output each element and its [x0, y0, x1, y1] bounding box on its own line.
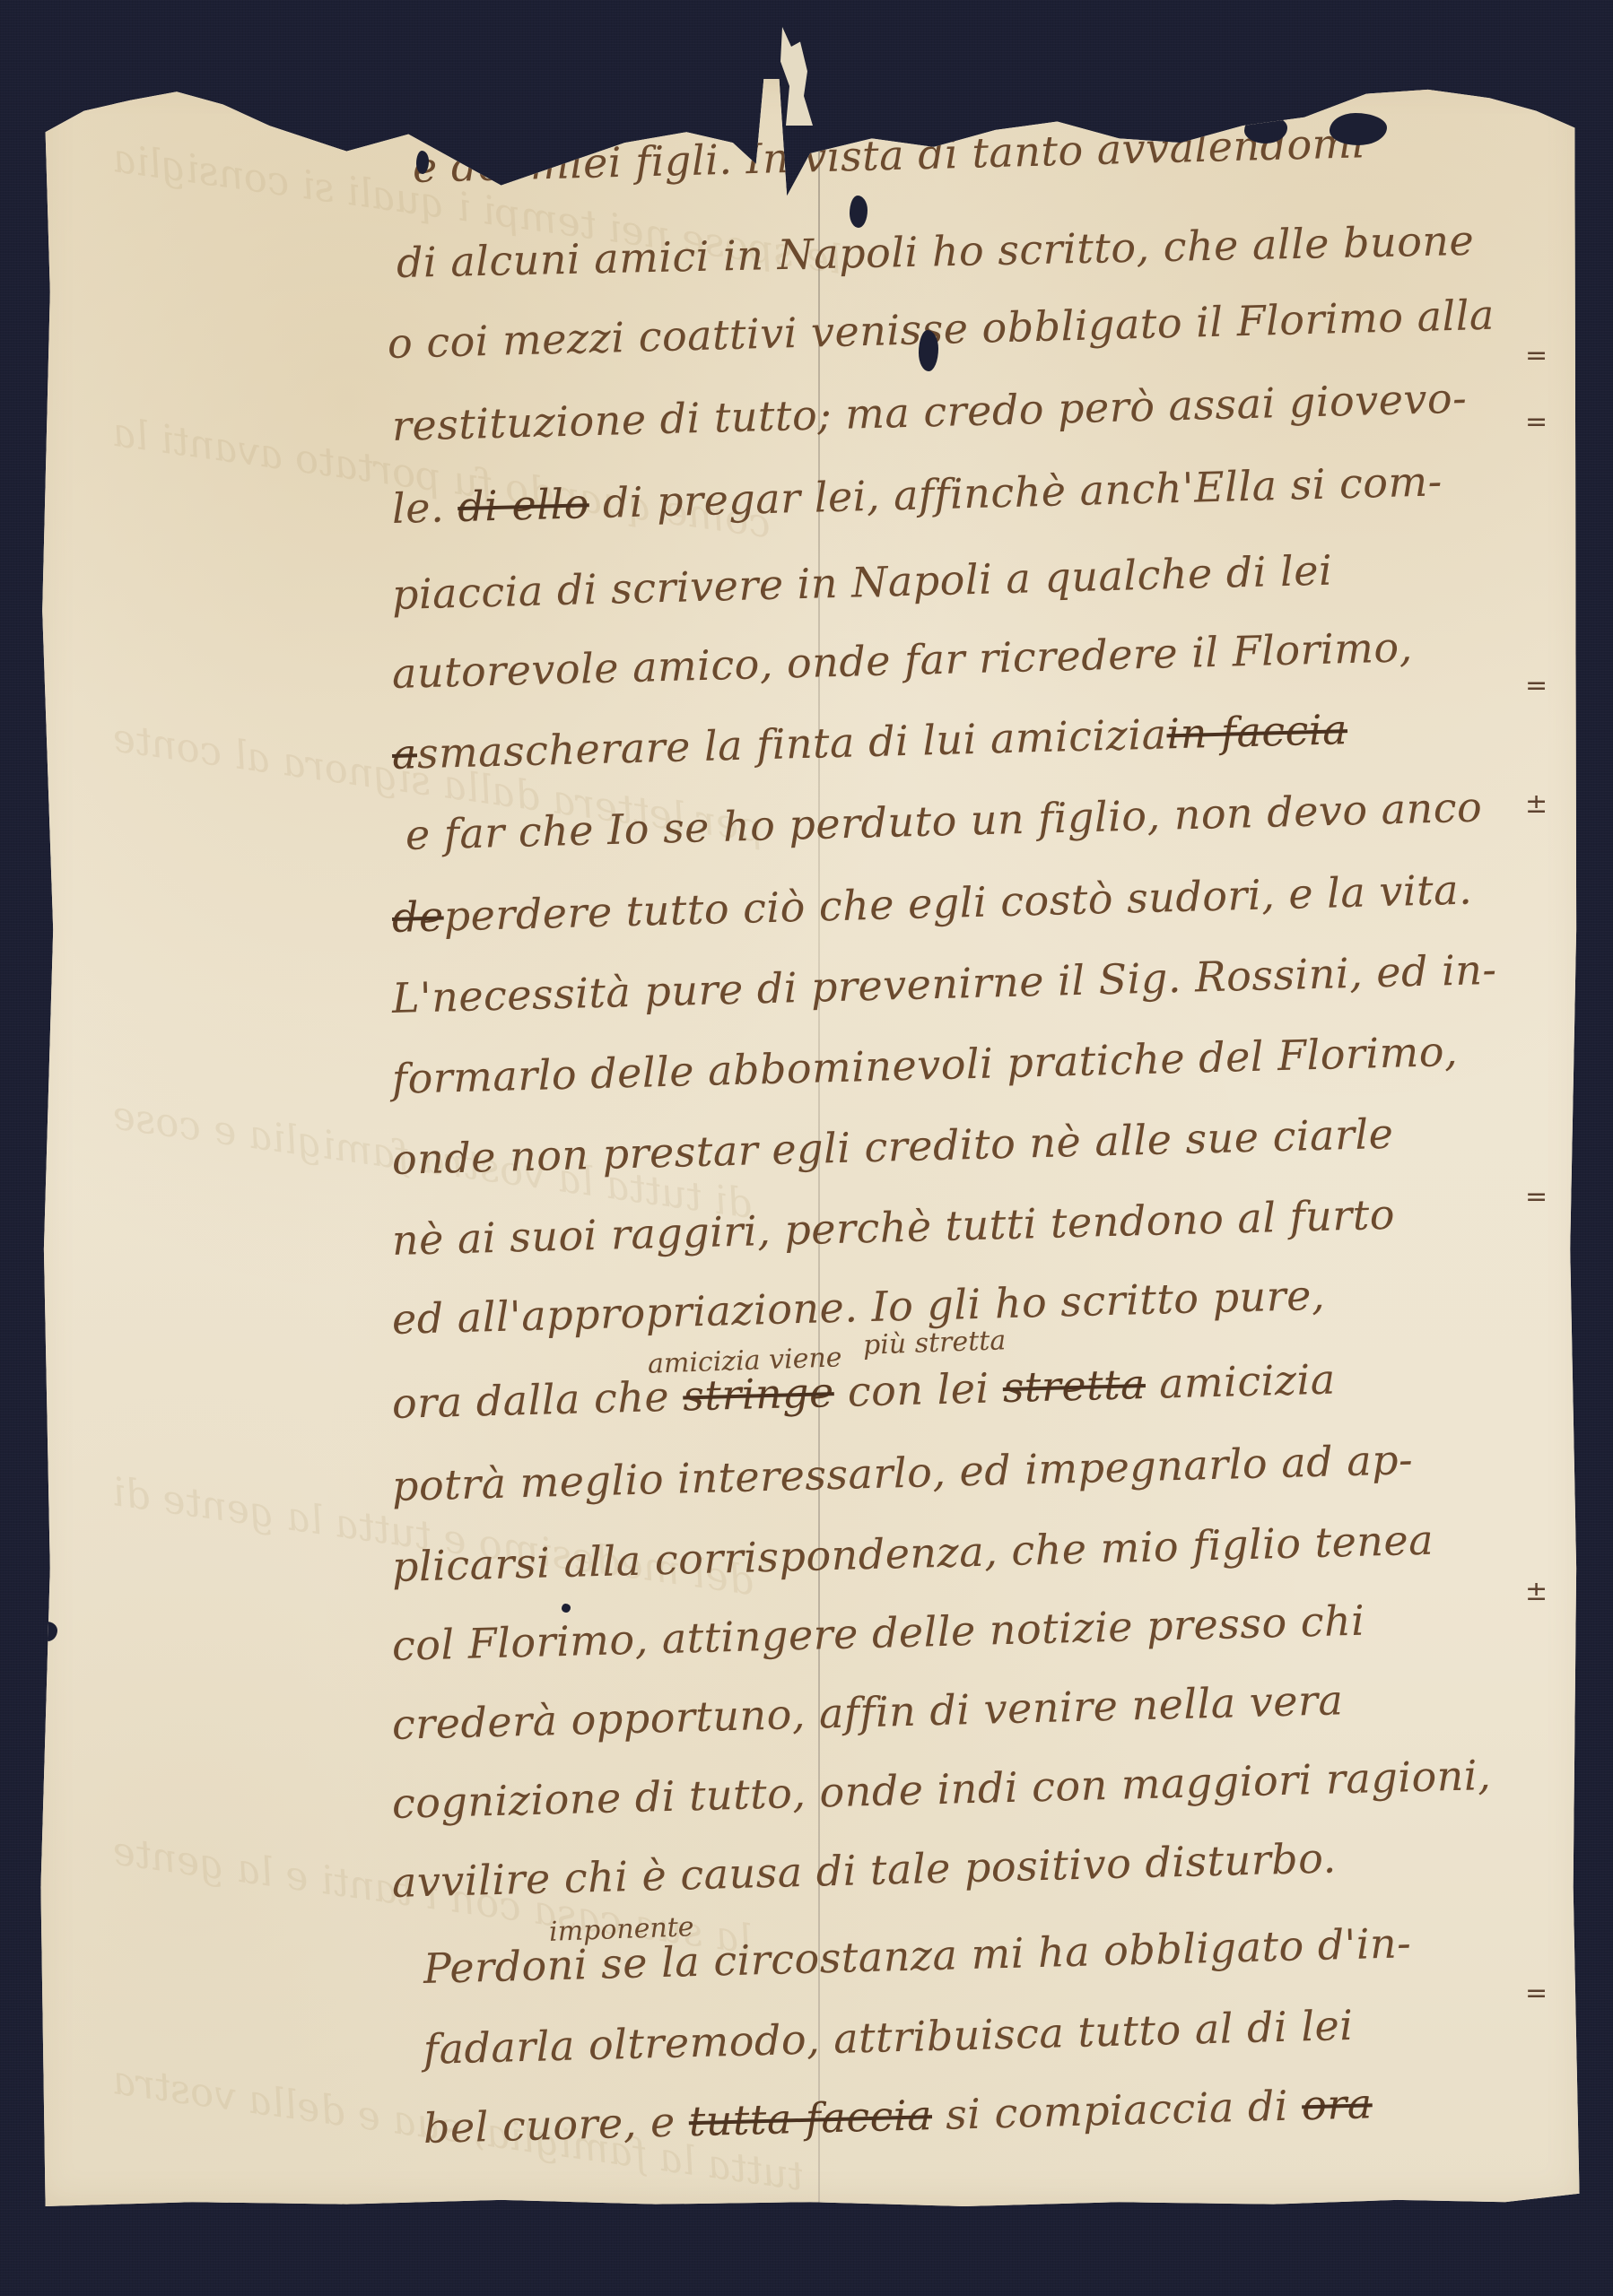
letter-line: restituzione di tutto; ma credo però ass… [391, 374, 1467, 450]
struck-word: stretta [1002, 1360, 1147, 1412]
letter-line: col Florimo, attingere delle notizie pre… [391, 1596, 1365, 1670]
letter-line: di alcuni amici in Napoli ho scritto, ch… [396, 216, 1474, 287]
struck-word: ora [1301, 2079, 1373, 2129]
margin-mark: ± [1525, 791, 1548, 818]
interlinear-insertion: più stretta [862, 1325, 1006, 1361]
struck-word: de [391, 891, 444, 941]
letter-line: asmascherare la finta di lui amiciziain … [391, 705, 1347, 778]
line-text-rest: di pregar lei, affinchè anch'Ella si com… [589, 457, 1443, 527]
letter-line: nè ai suoi raggiri, perchè tutti tendono… [391, 1190, 1395, 1265]
letter-line: ed all'appropriazione. Io gli ho scritto… [391, 1271, 1325, 1344]
margin-mark: = [1525, 409, 1548, 436]
letter-line: onde non prestar egli credito nè alle su… [391, 1109, 1394, 1184]
line-text: perdere tutto ciò che egli costò sudori,… [443, 865, 1473, 940]
margin-mark: = [1525, 1184, 1548, 1211]
letter-body: e dei miei figli. In vista di tanto avva… [38, 79, 1582, 2206]
line-text-mid: con lei [833, 1363, 1003, 1416]
struck-word: in faccia [1166, 705, 1348, 758]
struck-word: tutta faccia [688, 2091, 933, 2145]
margin-mark: = [1525, 343, 1548, 370]
line-text: smascherare la finta di lui amicizia [416, 709, 1167, 778]
letter-line: cognizione di tutto, onde indi con maggi… [391, 1751, 1491, 1828]
line-text-end: si compiaccia di [931, 2081, 1303, 2139]
letter-line: fadarla oltremodo, attribuisca tutto al … [423, 2001, 1354, 2074]
letter-line: o coi mezzi coattivi venisse obbligato i… [387, 291, 1495, 368]
letter-line: formarlo delle abbominevoli pratiche del… [391, 1027, 1458, 1103]
letter-line: potrà meglio interessarlo, ed impegnarlo… [391, 1435, 1413, 1510]
letter-line: piaccia di scrivere in Napoli a qualche … [391, 546, 1333, 619]
line-text-start: bel cuore, e [423, 2097, 689, 2152]
letter-line: ora dalla che stringe con lei stretta am… [391, 1354, 1336, 1428]
letter-line: L'necessità pure di prevenirne il Sig. R… [391, 945, 1497, 1022]
letter-line: avvilire chi è causa di tale positivo di… [391, 1833, 1337, 1907]
line-text-start: ora dalla che [391, 1372, 684, 1428]
letter-line: crederà opportuno, affin di venire nella… [391, 1675, 1344, 1749]
letter-line: bel cuore, e tutta faccia si compiaccia … [423, 2079, 1373, 2152]
margin-mark: = [1525, 673, 1548, 700]
line-text-end: amicizia [1145, 1354, 1336, 1408]
letter-line: autorevole amico, onde far ricredere il … [391, 622, 1413, 698]
letter-line: e far che Io se ho perduto un figlio, no… [405, 783, 1483, 859]
manuscript-page: le spose nei tempi i quali si consiglia … [38, 79, 1582, 2206]
struck-word: a [391, 729, 417, 778]
line-text-start: le. [391, 483, 458, 533]
struck-word: stringe [682, 1368, 834, 1420]
struck-word: di ello [457, 479, 589, 531]
margin-mark: ± [1525, 1578, 1548, 1605]
letter-line: deperdere tutto ciò che egli costò sudor… [391, 865, 1473, 942]
letter-line: plicarsi alla corrispondenza, che mio fi… [391, 1516, 1434, 1591]
margin-mark: = [1525, 1980, 1548, 2007]
letter-line: le. di ello di pregar lei, affinchè anch… [391, 457, 1443, 533]
